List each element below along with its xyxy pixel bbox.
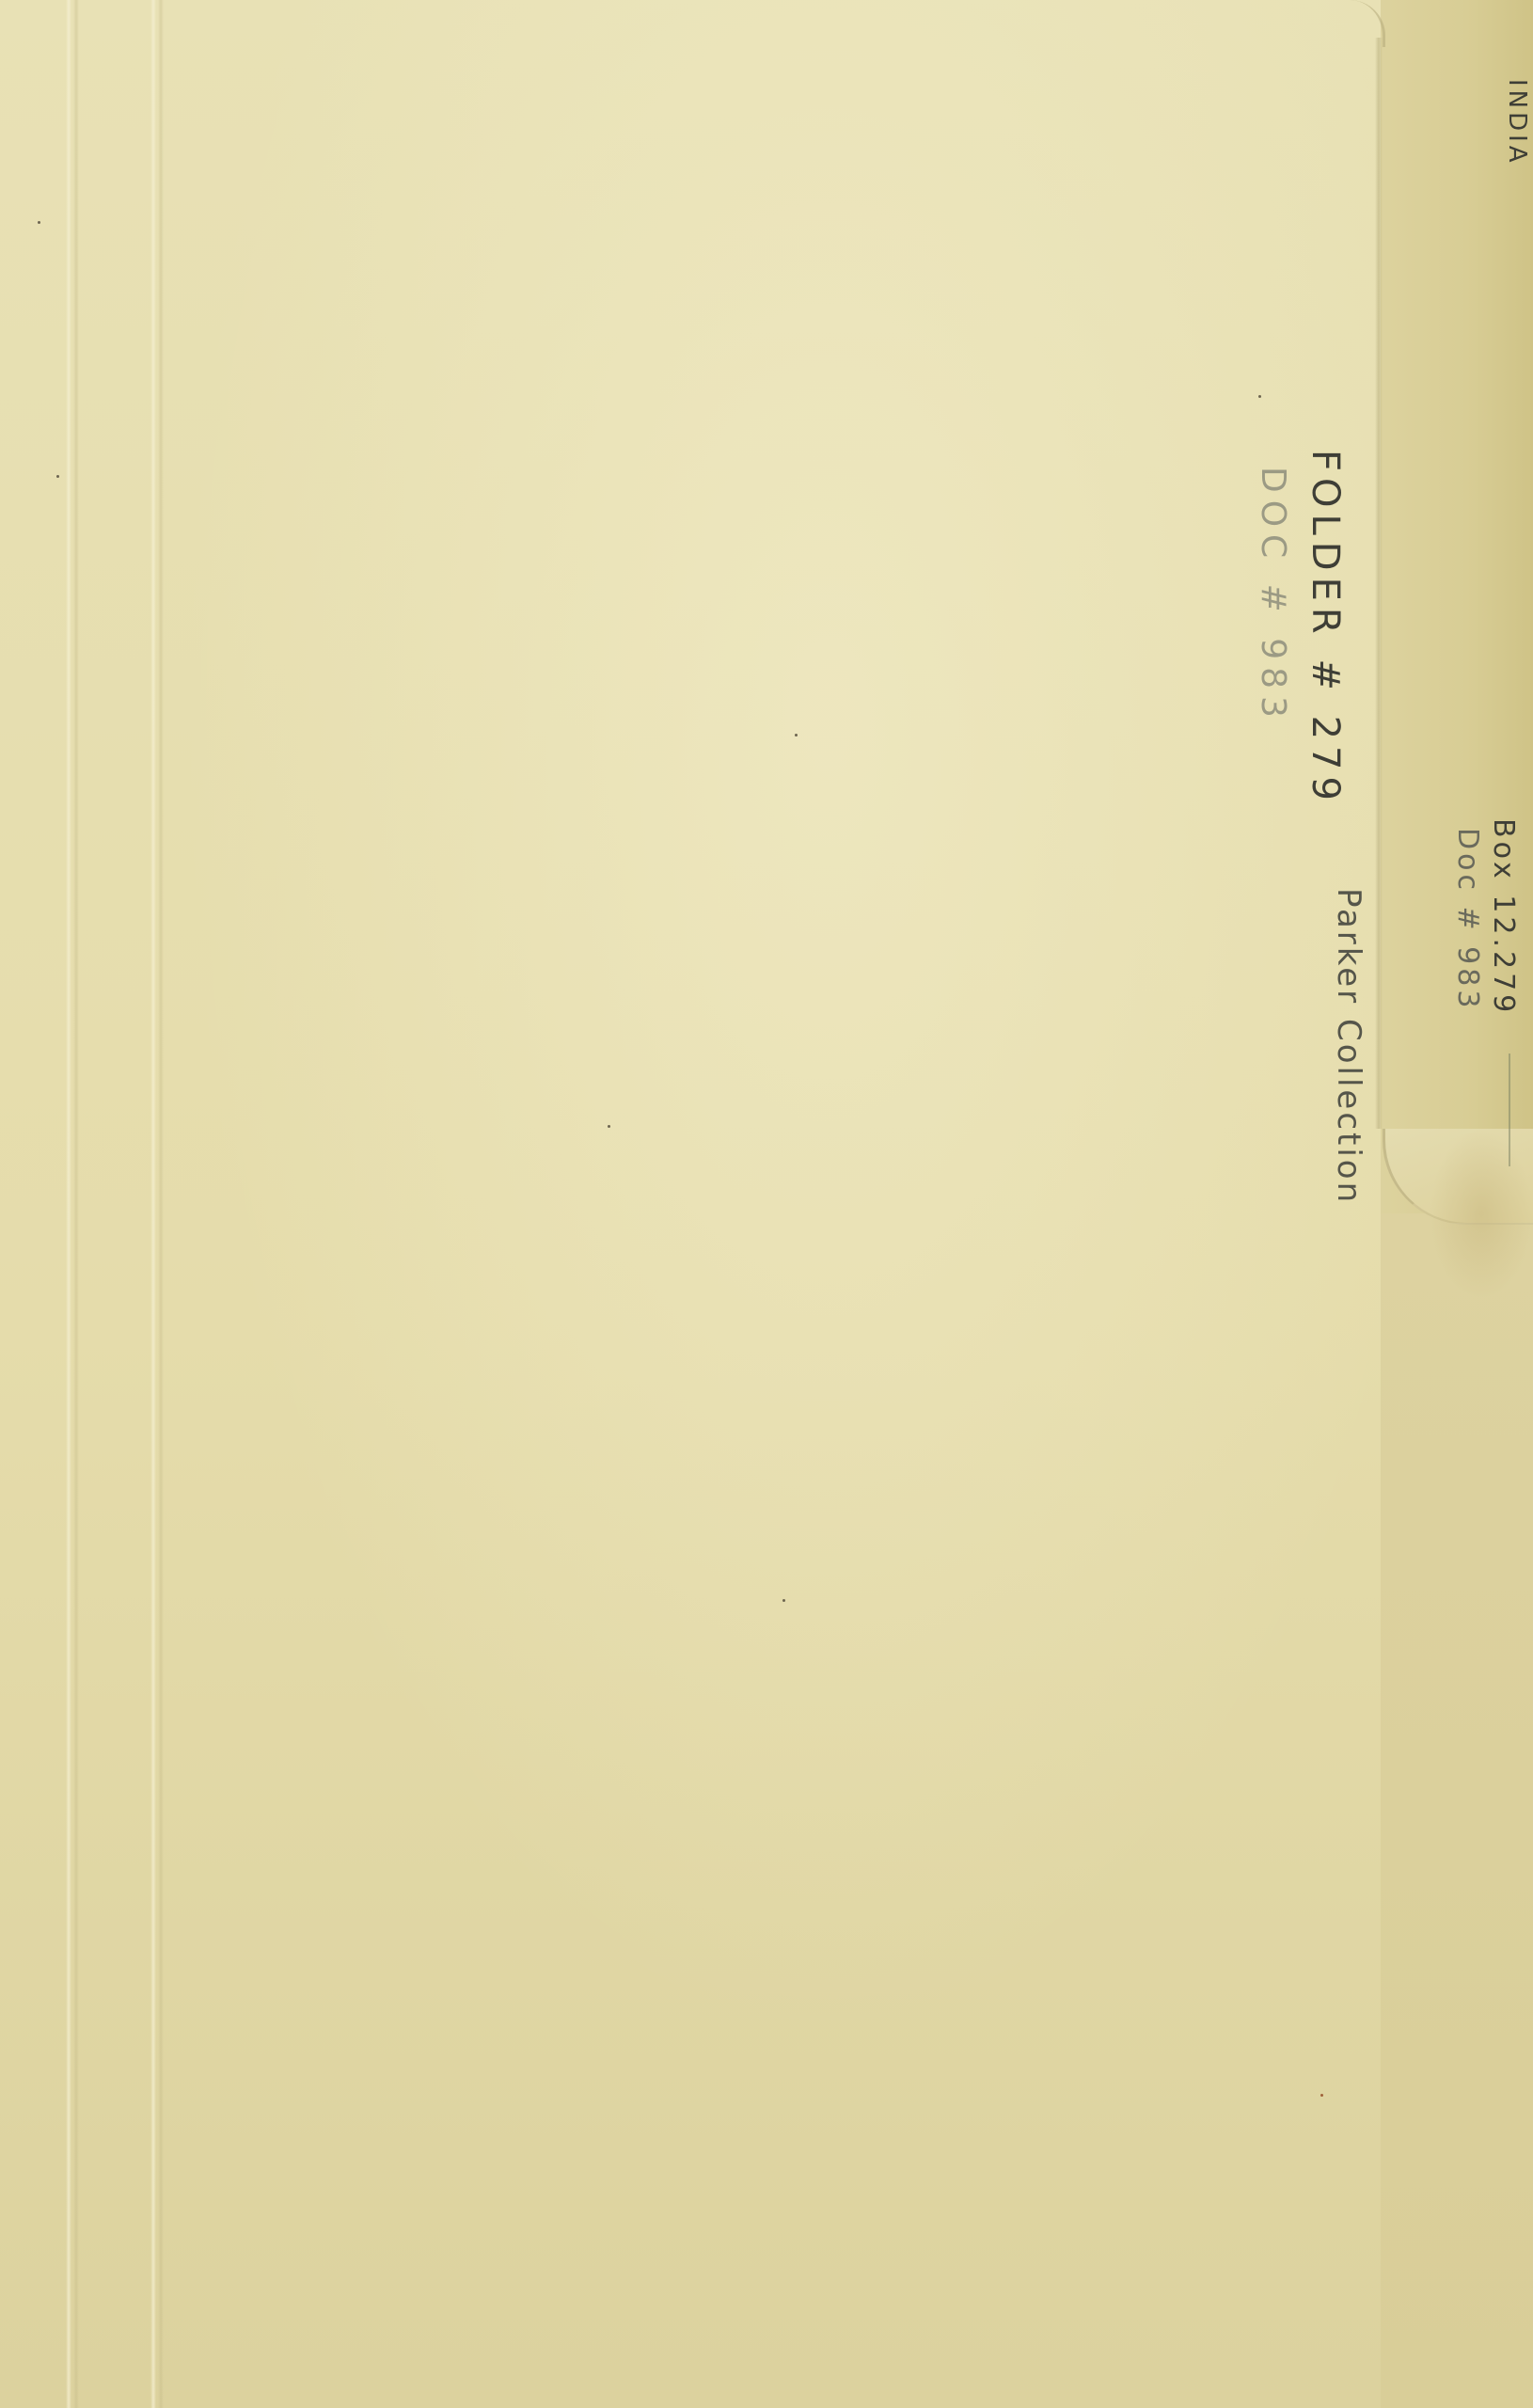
fold-line	[66, 0, 71, 2408]
fold-line	[150, 0, 156, 2408]
handwritten-doc-number: DOC # 983	[1254, 467, 1292, 725]
folder-stain	[1430, 1129, 1533, 1298]
speck	[1258, 395, 1261, 398]
fold-line-shadow	[158, 0, 164, 2408]
folder-front-cover	[0, 0, 1381, 2408]
speck	[38, 221, 40, 224]
folder-tab-edge	[1375, 38, 1383, 1129]
handwritten-tab-doc-number: Doc # 983	[1451, 828, 1484, 1011]
speck	[56, 475, 59, 478]
handwritten-folder-number: FOLDER # 279	[1304, 450, 1347, 807]
pencil-underline	[1509, 1053, 1510, 1166]
handwritten-box-number: Box 12.279	[1487, 818, 1520, 1016]
speck	[782, 1599, 785, 1602]
speck	[608, 1125, 610, 1128]
handwritten-collection-name: Parker Collection	[1330, 888, 1367, 1205]
folder-front-cover-lower	[1381, 1213, 1533, 2408]
handwritten-country-label: INDIA	[1503, 79, 1531, 166]
folder-background: INDIA FOLDER # 279 DOC # 983 Box 12.279 …	[0, 0, 1533, 2408]
fold-line-shadow	[73, 0, 79, 2408]
speck	[1320, 2094, 1323, 2097]
speck	[795, 734, 798, 737]
